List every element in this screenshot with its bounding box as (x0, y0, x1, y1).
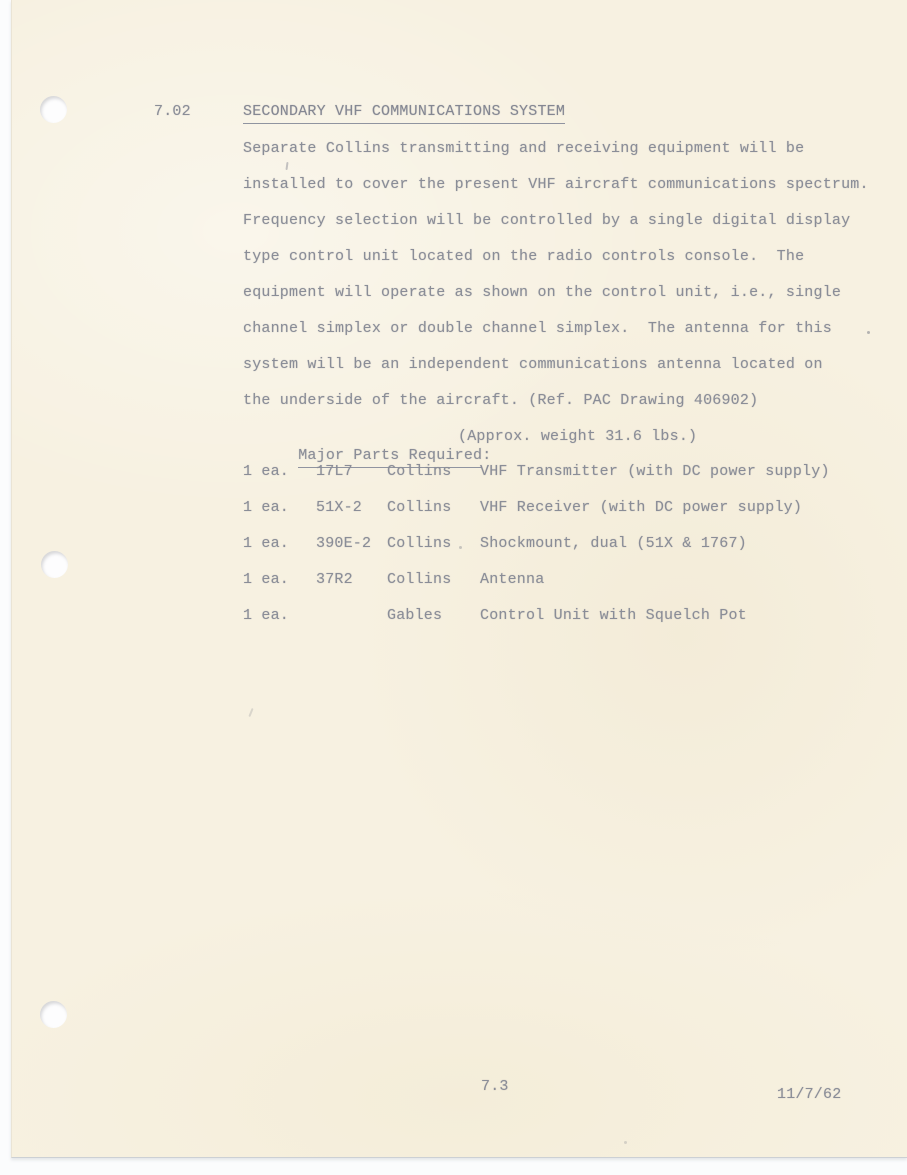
part-qty: 1 ea. (243, 463, 289, 480)
paragraph-line: equipment will operate as shown on the c… (243, 283, 841, 302)
part-number: 51X-2 (316, 499, 362, 516)
paragraph-line: channel simplex or double channel simple… (243, 319, 832, 338)
part-row: 1 ea. 390E-2 Collins Shockmount, dual (5… (243, 535, 883, 555)
part-row: 1 ea. 51X-2 Collins VHF Receiver (with D… (243, 499, 883, 519)
punch-hole-top (40, 96, 67, 123)
part-description: Shockmount, dual (51X & 1767) (480, 535, 747, 552)
approx-weight-note: (Approx. weight 31.6 lbs.) (458, 427, 697, 446)
part-qty: 1 ea. (243, 535, 289, 552)
paragraph-line: type control unit located on the radio c… (243, 247, 804, 266)
part-qty: 1 ea. (243, 607, 289, 624)
major-parts-colon: : (482, 447, 491, 464)
punch-hole-middle (41, 551, 68, 578)
footer-date: 11/7/62 (777, 1085, 841, 1104)
paper-speck (624, 1141, 627, 1144)
page-number: 7.3 (481, 1077, 509, 1096)
part-manufacturer: Gables (387, 607, 442, 624)
paragraph-line: installed to cover the present VHF aircr… (243, 175, 869, 194)
part-number: 390E-2 (316, 535, 371, 552)
part-number: 17L7 (316, 463, 353, 480)
section-title: SECONDARY VHF COMMUNICATIONS SYSTEM (243, 102, 565, 121)
paper-sheet: 7.02 SECONDARY VHF COMMUNICATIONS SYSTEM… (11, 0, 907, 1158)
paragraph-line: system will be an independent communicat… (243, 355, 823, 374)
paper-speck (867, 331, 870, 334)
part-description: VHF Transmitter (with DC power supply) (480, 463, 830, 480)
scanned-document: 7.02 SECONDARY VHF COMMUNICATIONS SYSTEM… (0, 0, 907, 1175)
part-manufacturer: Collins (387, 499, 451, 516)
paragraph-line: Frequency selection will be controlled b… (243, 211, 850, 230)
part-row: 1 ea. Gables Control Unit with Squelch P… (243, 607, 883, 627)
part-number: 37R2 (316, 571, 353, 588)
punch-hole-bottom (40, 1001, 67, 1028)
part-description: Control Unit with Squelch Pot (480, 607, 747, 624)
part-row: 1 ea. 37R2 Collins Antenna (243, 571, 883, 591)
paper-speck (285, 162, 288, 170)
paper-speck (248, 708, 253, 717)
paragraph-line: Separate Collins transmitting and receiv… (243, 139, 804, 158)
part-description: VHF Receiver (with DC power supply) (480, 499, 802, 516)
section-title-text: SECONDARY VHF COMMUNICATIONS SYSTEM (243, 103, 565, 124)
part-qty: 1 ea. (243, 499, 289, 516)
part-manufacturer: Collins (387, 535, 451, 552)
part-description: Antenna (480, 571, 544, 588)
section-number: 7.02 (154, 102, 191, 121)
paper-speck (459, 546, 462, 549)
part-manufacturer: Collins (387, 463, 451, 480)
paragraph-line: the underside of the aircraft. (Ref. PAC… (243, 391, 758, 410)
part-qty: 1 ea. (243, 571, 289, 588)
part-manufacturer: Collins (387, 571, 451, 588)
part-row: 1 ea. 17L7 Collins VHF Transmitter (with… (243, 463, 883, 483)
